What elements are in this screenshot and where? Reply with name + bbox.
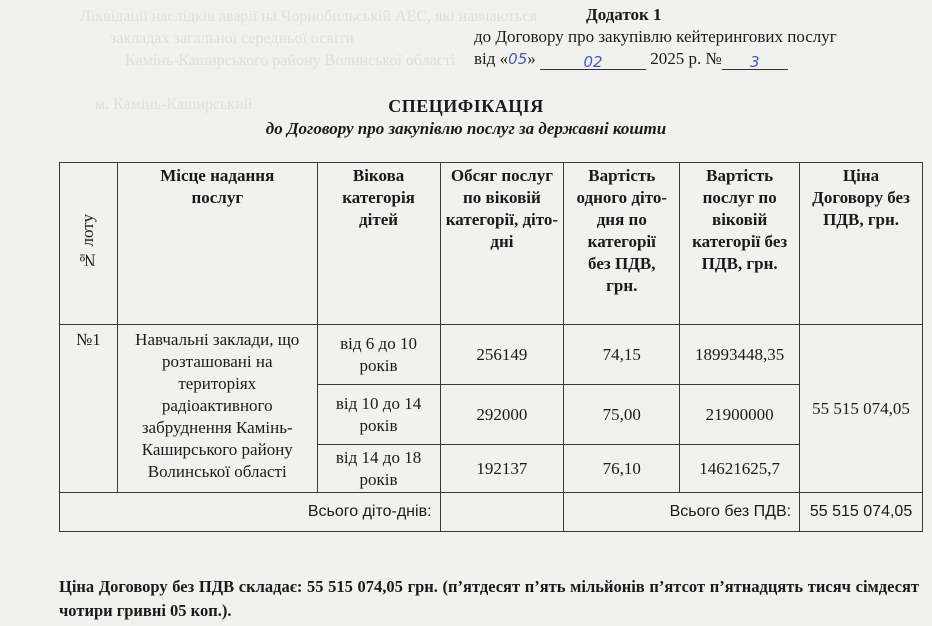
contract-price-statement: Ціна Договору без ПДВ складає: 55 515 07… xyxy=(59,575,919,623)
header-category-cost: Вартість послуг по віковій категорії без… xyxy=(680,163,800,325)
bleed-through-text: закладах загальної середньої освіти xyxy=(110,30,354,48)
volume-value: 292000 xyxy=(440,385,564,445)
appendix-header: Додаток 1 до Договору про закупівлю кейт… xyxy=(474,4,914,70)
total-no-vat-label: Всього без ПДВ: xyxy=(564,493,800,532)
volume-value: 256149 xyxy=(440,325,564,385)
year-text: 2025 р. № xyxy=(650,49,721,68)
handwritten-day: 05 xyxy=(508,50,527,68)
number-field: 3 xyxy=(722,51,788,70)
date-quote-close: » xyxy=(527,49,536,68)
specification-subtitle: до Договору про закупівлю послуг за держ… xyxy=(0,119,932,139)
age-category: від 10 до 14 років xyxy=(317,385,440,445)
total-days-label: Всього діто-днів: xyxy=(60,493,441,532)
age-category: від 14 до 18 років xyxy=(317,445,440,493)
volume-value: 192137 xyxy=(440,445,564,493)
category-cost-value: 14621625,7 xyxy=(680,445,800,493)
header-age-category: Вікова категорія дітей xyxy=(317,163,440,325)
age-category: від 6 до 10 років xyxy=(317,325,440,385)
unit-price-value: 76,10 xyxy=(564,445,680,493)
month-field: 02 xyxy=(540,51,646,70)
contract-price-value: 55 515 074,05 xyxy=(800,325,923,493)
table-total-row: Всього діто-днів: Всього без ПДВ: 55 515… xyxy=(60,493,923,532)
handwritten-number: 3 xyxy=(750,53,760,71)
service-location: Навчальні заклади, що розташовані на тер… xyxy=(117,325,317,493)
header-volume: Обсяг послуг по віковій категорії, діто-… xyxy=(440,163,564,325)
appendix-date-line: від «05» 02 2025 р. №3 xyxy=(474,48,914,70)
total-no-vat-value: 55 515 074,05 xyxy=(800,493,923,532)
category-cost-value: 21900000 xyxy=(680,385,800,445)
header-unit-price: Вартість одного діто-дня по категорії бе… xyxy=(564,163,680,325)
header-lot: № лоту xyxy=(60,163,118,325)
header-contract-price: Ціна Договору без ПДВ, грн. xyxy=(800,163,923,325)
unit-price-value: 74,15 xyxy=(564,325,680,385)
appendix-contract-ref: до Договору про закупівлю кейтерингових … xyxy=(474,26,914,48)
specification-title: СПЕЦИФІКАЦІЯ xyxy=(0,96,932,117)
lot-number: №1 xyxy=(60,325,118,493)
appendix-title: Додаток 1 xyxy=(474,4,914,26)
total-days-value xyxy=(440,493,564,532)
bleed-through-text: Камінь-Каширського району Волинської обл… xyxy=(125,52,455,70)
bleed-through-text: Ліквідації наслідків аварії на Чорнобиль… xyxy=(80,8,537,26)
date-prefix: від « xyxy=(474,49,508,68)
specification-table: № лоту Місце надання послуг Вікова катег… xyxy=(59,162,923,532)
header-location: Місце надання послуг xyxy=(117,163,317,325)
unit-price-value: 75,00 xyxy=(564,385,680,445)
table-row: №1 Навчальні заклади, що розташовані на … xyxy=(60,325,923,385)
table-header-row: № лоту Місце надання послуг Вікова катег… xyxy=(60,163,923,325)
category-cost-value: 18993448,35 xyxy=(680,325,800,385)
handwritten-month: 02 xyxy=(583,53,602,71)
